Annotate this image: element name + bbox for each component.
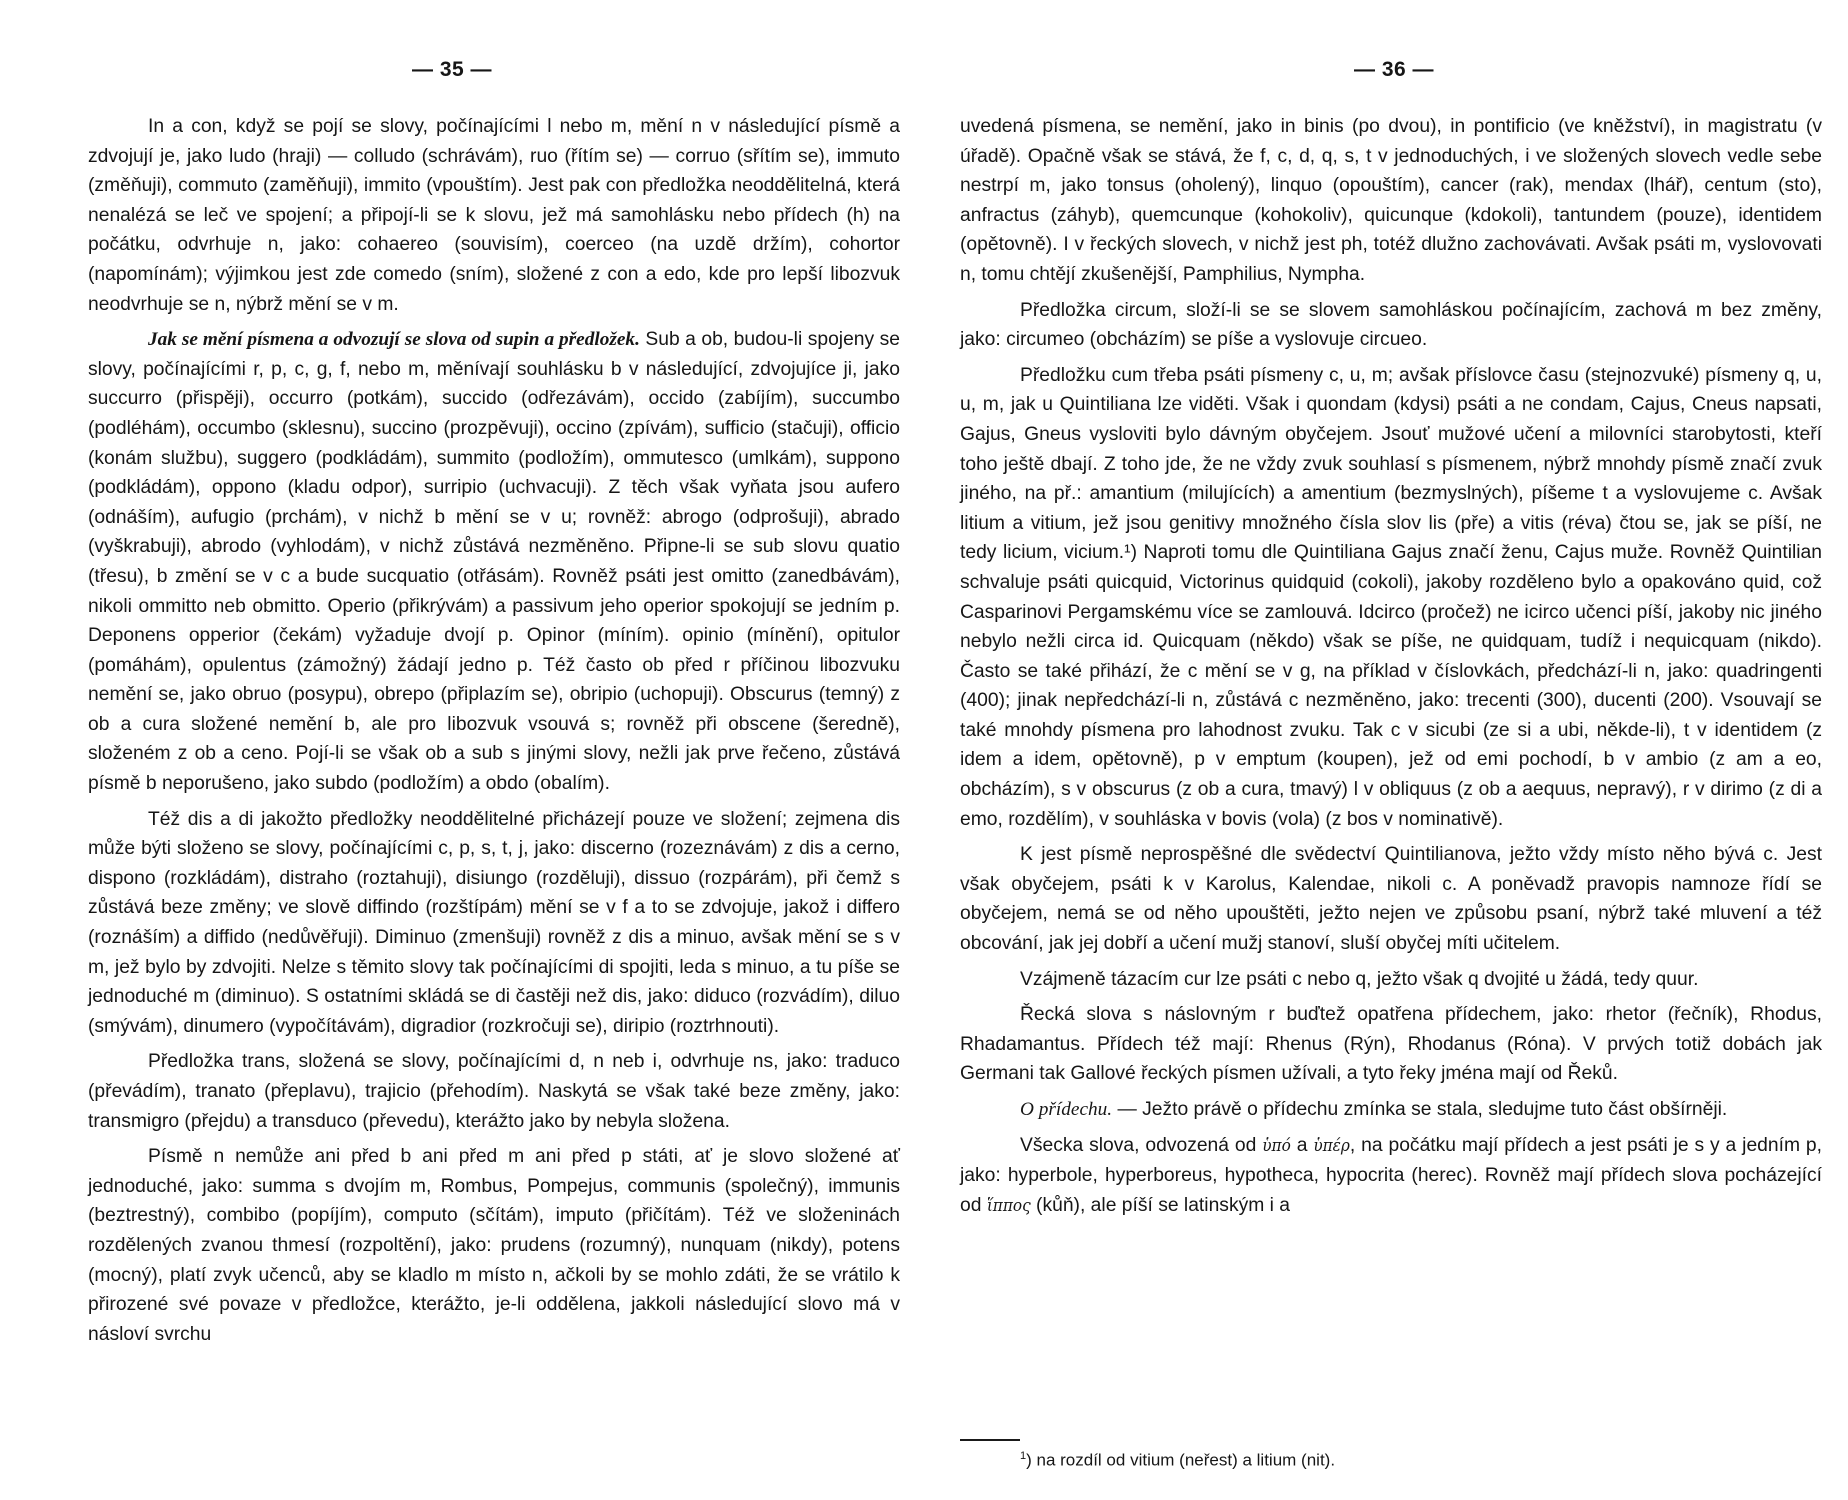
paragraph-text: Předložku cum třeba psáti písmeny c, u, … (960, 365, 1822, 830)
paragraph: Řecká slova s náslovným r buďtež opatřen… (960, 1000, 1822, 1089)
paragraph: Předložku cum třeba psáti písmeny c, u, … (960, 361, 1822, 835)
paragraph: O přídechu. — Ježto právě o přídechu zmí… (960, 1095, 1822, 1125)
paragraph-text: In a con, když se pojí se slovy, počínaj… (88, 116, 900, 315)
footnote-text: ) na rozdíl od vitium (neřest) a litium … (1026, 1451, 1335, 1470)
greek-word: ἵππος (987, 1196, 1031, 1216)
footnote-divider (960, 1439, 1020, 1441)
footnote: 1) na rozdíl od vitium (neřest) a litium… (1020, 1450, 1335, 1471)
paragraph-text: Vzájmeně tázacím cur lze psáti c nebo q,… (1020, 969, 1698, 990)
paragraph-text: (kůň), ale píší se latinským i a (1031, 1195, 1290, 1216)
page-number: — 35 — (0, 58, 904, 82)
paragraph: uvedená písmena, se nemění, jako in bini… (960, 112, 1822, 290)
paragraph-text: a (1291, 1135, 1314, 1156)
paragraph: K jest písmě neprospěšné dle svědectví Q… (960, 840, 1822, 958)
paragraph: Jak se mění písmena a odvozují se slova … (88, 325, 900, 799)
greek-word: ὑπέρ (1313, 1136, 1350, 1156)
paragraph-text: Též dis a di jakožto předložky neoddělit… (88, 809, 900, 1037)
page-number: — 36 — (924, 58, 1848, 82)
paragraph: Předložka circum, složí-li se se slovem … (960, 296, 1822, 355)
section-heading: Jak se mění písmena a odvozují se slova … (148, 329, 640, 350)
paragraph-text: Řecká slova s náslovným r buďtež opatřen… (960, 1004, 1822, 1084)
paragraph-text: Předložka circum, složí-li se se slovem … (960, 300, 1822, 351)
paragraph-text: — Ježto právě o přídechu zmínka se stala… (1112, 1099, 1727, 1120)
paragraph-text: Písmě n nemůže ani před b ani před m ani… (88, 1146, 900, 1345)
paragraph: In a con, když se pojí se slovy, počínaj… (88, 112, 900, 319)
paragraph: Též dis a di jakožto předložky neoddělit… (88, 805, 900, 1042)
paragraph-text: uvedená písmena, se nemění, jako in bini… (960, 116, 1822, 285)
paragraph-text: Všecka slova, odvozená od (1020, 1135, 1262, 1156)
right-page: — 36 — uvedená písmena, se nemění, jako … (924, 0, 1848, 1500)
greek-word: ὑπό (1262, 1136, 1291, 1156)
left-page: — 35 — In a con, když se pojí se slovy, … (0, 0, 924, 1500)
paragraph-text: K jest písmě neprospěšné dle svědectví Q… (960, 844, 1822, 954)
section-heading: O přídechu. (1020, 1099, 1112, 1120)
page-body: In a con, když se pojí se slovy, počínaj… (88, 112, 900, 1355)
paragraph-text: Sub a ob, budou-li spojeny se slovy, poč… (88, 329, 900, 794)
paragraph: Vzájmeně tázacím cur lze psáti c nebo q,… (960, 965, 1822, 995)
paragraph: Předložka trans, složená se slovy, počín… (88, 1047, 900, 1136)
page-body: uvedená písmena, se nemění, jako in bini… (960, 112, 1822, 1227)
paragraph: Všecka slova, odvozená od ὑπό a ὑπέρ, na… (960, 1131, 1822, 1222)
paragraph: Písmě n nemůže ani před b ani před m ani… (88, 1142, 900, 1349)
paragraph-text: Předložka trans, složená se slovy, počín… (88, 1051, 900, 1131)
